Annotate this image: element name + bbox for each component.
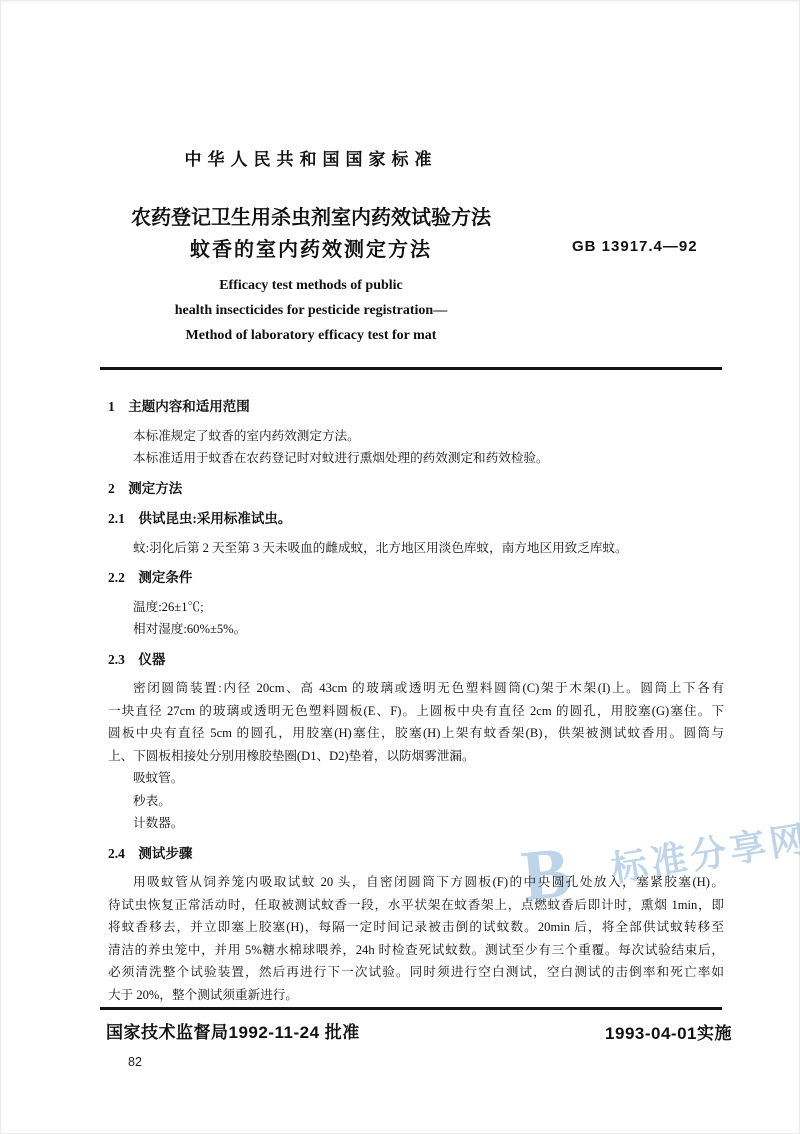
body-text: 1 主题内容和适用范围本标准规定了蚊香的室内药效测定方法。本标准适用于蚊香在农药… (100, 396, 724, 1006)
english-title-line1: Efficacy test methods of public (100, 273, 522, 298)
section-heading: 2.2 测定条件 (100, 567, 724, 590)
body-line: 本标准规定了蚊香的室内药效测定方法。 (100, 425, 724, 448)
body-line: 温度:26±1℃; (100, 596, 724, 619)
section-heading: 1 主题内容和适用范围 (100, 396, 724, 419)
body-line: 清洁的养虫笼中，并用 5%糖水棉球喂养，24h 时检查死试蚊数。测试至少有三个重… (100, 939, 724, 962)
body-line: 将蚊香移去，并立即塞上胶塞(H)，每隔一定时间记录被击倒的试蚊数。20min 后… (100, 916, 724, 939)
body-line: 本标准适用于蚊香在农药登记时对蚊进行熏烟处理的药效测定和药效检验。 (100, 447, 724, 470)
english-title: Efficacy test methods of public health i… (100, 273, 522, 348)
page-number: 82 (128, 1055, 142, 1069)
body-line: 秒表。 (100, 790, 724, 813)
body-line: 计数器。 (100, 812, 724, 835)
footer-divider (100, 1007, 722, 1010)
standard-number: GB 13917.4—92 (572, 238, 698, 255)
document-title-line1: 农药登记卫生用杀虫剂室内药效试验方法 (100, 201, 522, 230)
header-divider (100, 367, 722, 370)
implementation-note: 1993-04-01实施 (0, 1019, 732, 1044)
section-heading: 2 测定方法 (100, 478, 724, 501)
english-title-line2: health insecticides for pesticide regist… (100, 298, 522, 323)
body-line: 相对湿度:60%±5%。 (100, 618, 724, 641)
body-line: 密闭圆筒装置:内径 20cm、高 43cm 的玻璃或透明无色塑料圆筒(C)架于木… (100, 677, 724, 700)
body-line: 用吸蚊管从饲养笼内吸取试蚊 20 头，自密闭圆筒下方圆板(F)的中央圆孔处放入，… (100, 871, 724, 894)
national-standard-label: 中华人民共和国国家标准 (100, 145, 522, 170)
body-line: 一块直径 27cm 的玻璃或透明无色塑料圆板(E、F)。上圆板中央有直径 2cm… (100, 700, 724, 723)
document-header: 中华人民共和国国家标准 农药登记卫生用杀虫剂室内药效试验方法 蚊香的室内药效测定… (100, 145, 522, 170)
body-line: 上、下圆板相接处分别用橡胶垫圈(D1、D2)垫着，以防烟雾泄漏。 (100, 745, 724, 768)
english-title-line3: Method of laboratory efficacy test for m… (100, 323, 522, 348)
document-page: B 标准分享网 中华人民共和国国家标准 农药登记卫生用杀虫剂室内药效试验方法 蚊… (0, 0, 800, 1134)
body-line: 吸蚊管。 (100, 767, 724, 790)
implementation-text: 1993-04-01实施 (605, 1024, 732, 1043)
body-line: 必须清洗整个试验装置，然后再进行下一次试验。同时须进行空白测试，空白测试的击倒率… (100, 961, 724, 984)
body-line: 圆板中央有直径 5cm 的圆孔，用胶塞(H)塞住，胶塞(H)上架有蚊香架(B)，… (100, 722, 724, 745)
section-heading: 2.3 仪器 (100, 649, 724, 672)
document-title-line2: 蚊香的室内药效测定方法 (100, 233, 522, 262)
body-line: 大于 20%，整个测试须重新进行。 (100, 984, 724, 1007)
section-heading: 2.4 测试步骤 (100, 843, 724, 866)
body-line: 蚊:羽化后第 2 天至第 3 天未吸血的雌成蚊，北方地区用淡色库蚊，南方地区用致… (100, 537, 724, 560)
body-line: 待试虫恢复正常活动时，任取被测试蚊香一段，水平状架在蚊香架上，点燃蚊香后即计时，… (100, 894, 724, 917)
section-heading: 2.1 供试昆虫:采用标准试虫。 (100, 508, 724, 531)
